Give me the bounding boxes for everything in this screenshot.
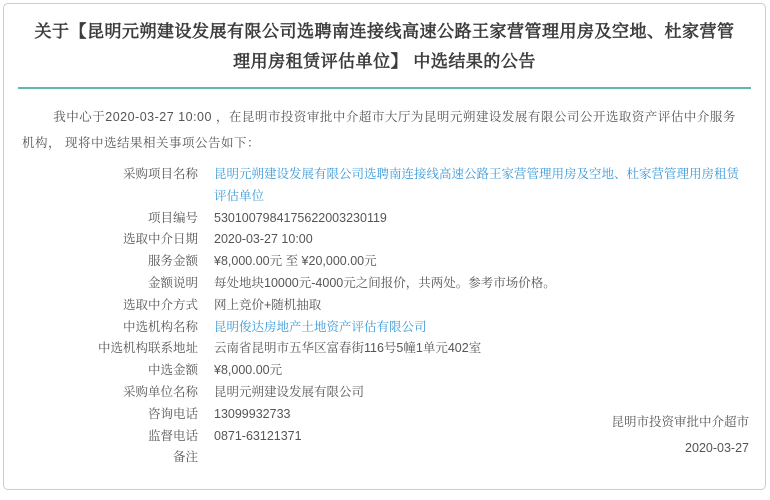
field-label: 采购单位名称	[4, 382, 214, 404]
field-label: 监督电话	[4, 426, 214, 448]
field-value: 网上竞价+随机抽取	[214, 295, 765, 317]
field-label: 中选机构名称	[4, 317, 214, 339]
field-label: 选取中介方式	[4, 295, 214, 317]
field-value: ¥8,000.00元	[214, 360, 765, 382]
field-value: 5301007984175622003230119	[214, 208, 765, 230]
table-row: 采购单位名称 昆明元朔建设发展有限公司	[4, 382, 765, 404]
field-label: 项目编号	[4, 208, 214, 230]
intro-paragraph: 我中心于2020-03-27 10:00 ，在昆明市投资审批中介超市大厅为昆明元…	[22, 104, 747, 156]
field-label: 中选金额	[4, 360, 214, 382]
footer: 昆明市投资审批中介超市 2020-03-27	[611, 409, 749, 461]
table-row: 中选机构联系地址 云南省昆明市五华区富春街116号5幢1单元402室	[4, 338, 765, 360]
field-label: 选取中介日期	[4, 229, 214, 251]
table-row: 服务金额 ¥8,000.00元 至 ¥20,000.00元	[4, 251, 765, 273]
table-row: 项目编号 5301007984175622003230119	[4, 208, 765, 230]
table-row: 金额说明 每处地块10000元-4000元之间报价，共两处。参考市场价格。	[4, 273, 765, 295]
field-label: 咨询电话	[4, 404, 214, 426]
footer-date: 2020-03-27	[611, 435, 749, 461]
field-value: 2020-03-27 10:00	[214, 229, 765, 251]
field-label: 备注	[4, 447, 214, 469]
field-label: 金额说明	[4, 273, 214, 295]
page-title: 关于【昆明元朔建设发展有限公司选聘南连接线高速公路王家营管理用房及空地、杜家营管…	[4, 4, 765, 87]
field-label: 服务金额	[4, 251, 214, 273]
table-row: 中选金额 ¥8,000.00元	[4, 360, 765, 382]
table-row: 选取中介方式 网上竞价+随机抽取	[4, 295, 765, 317]
table-row: 选取中介日期 2020-03-27 10:00	[4, 229, 765, 251]
field-label: 采购项目名称	[4, 164, 214, 186]
footer-org: 昆明市投资审批中介超市	[611, 409, 749, 435]
field-value: 昆明元朔建设发展有限公司	[214, 382, 765, 404]
field-value: ¥8,000.00元 至 ¥20,000.00元	[214, 251, 765, 273]
field-value: 每处地块10000元-4000元之间报价，共两处。参考市场价格。	[214, 273, 765, 295]
title-divider	[18, 87, 751, 89]
table-row: 采购项目名称 昆明元朔建设发展有限公司选聘南连接线高速公路王家营管理用房及空地、…	[4, 164, 765, 208]
announcement-page: 关于【昆明元朔建设发展有限公司选聘南连接线高速公路王家营管理用房及空地、杜家营管…	[3, 3, 766, 490]
field-value: 云南省昆明市五华区富春街116号5幢1单元402室	[214, 338, 765, 360]
table-row: 中选机构名称 昆明俊达房地产土地资产评估有限公司	[4, 317, 765, 339]
field-value-link[interactable]: 昆明元朔建设发展有限公司选聘南连接线高速公路王家营管理用房及空地、杜家营管理用房…	[214, 164, 765, 208]
field-value-link[interactable]: 昆明俊达房地产土地资产评估有限公司	[214, 317, 765, 339]
field-label: 中选机构联系地址	[4, 338, 214, 360]
